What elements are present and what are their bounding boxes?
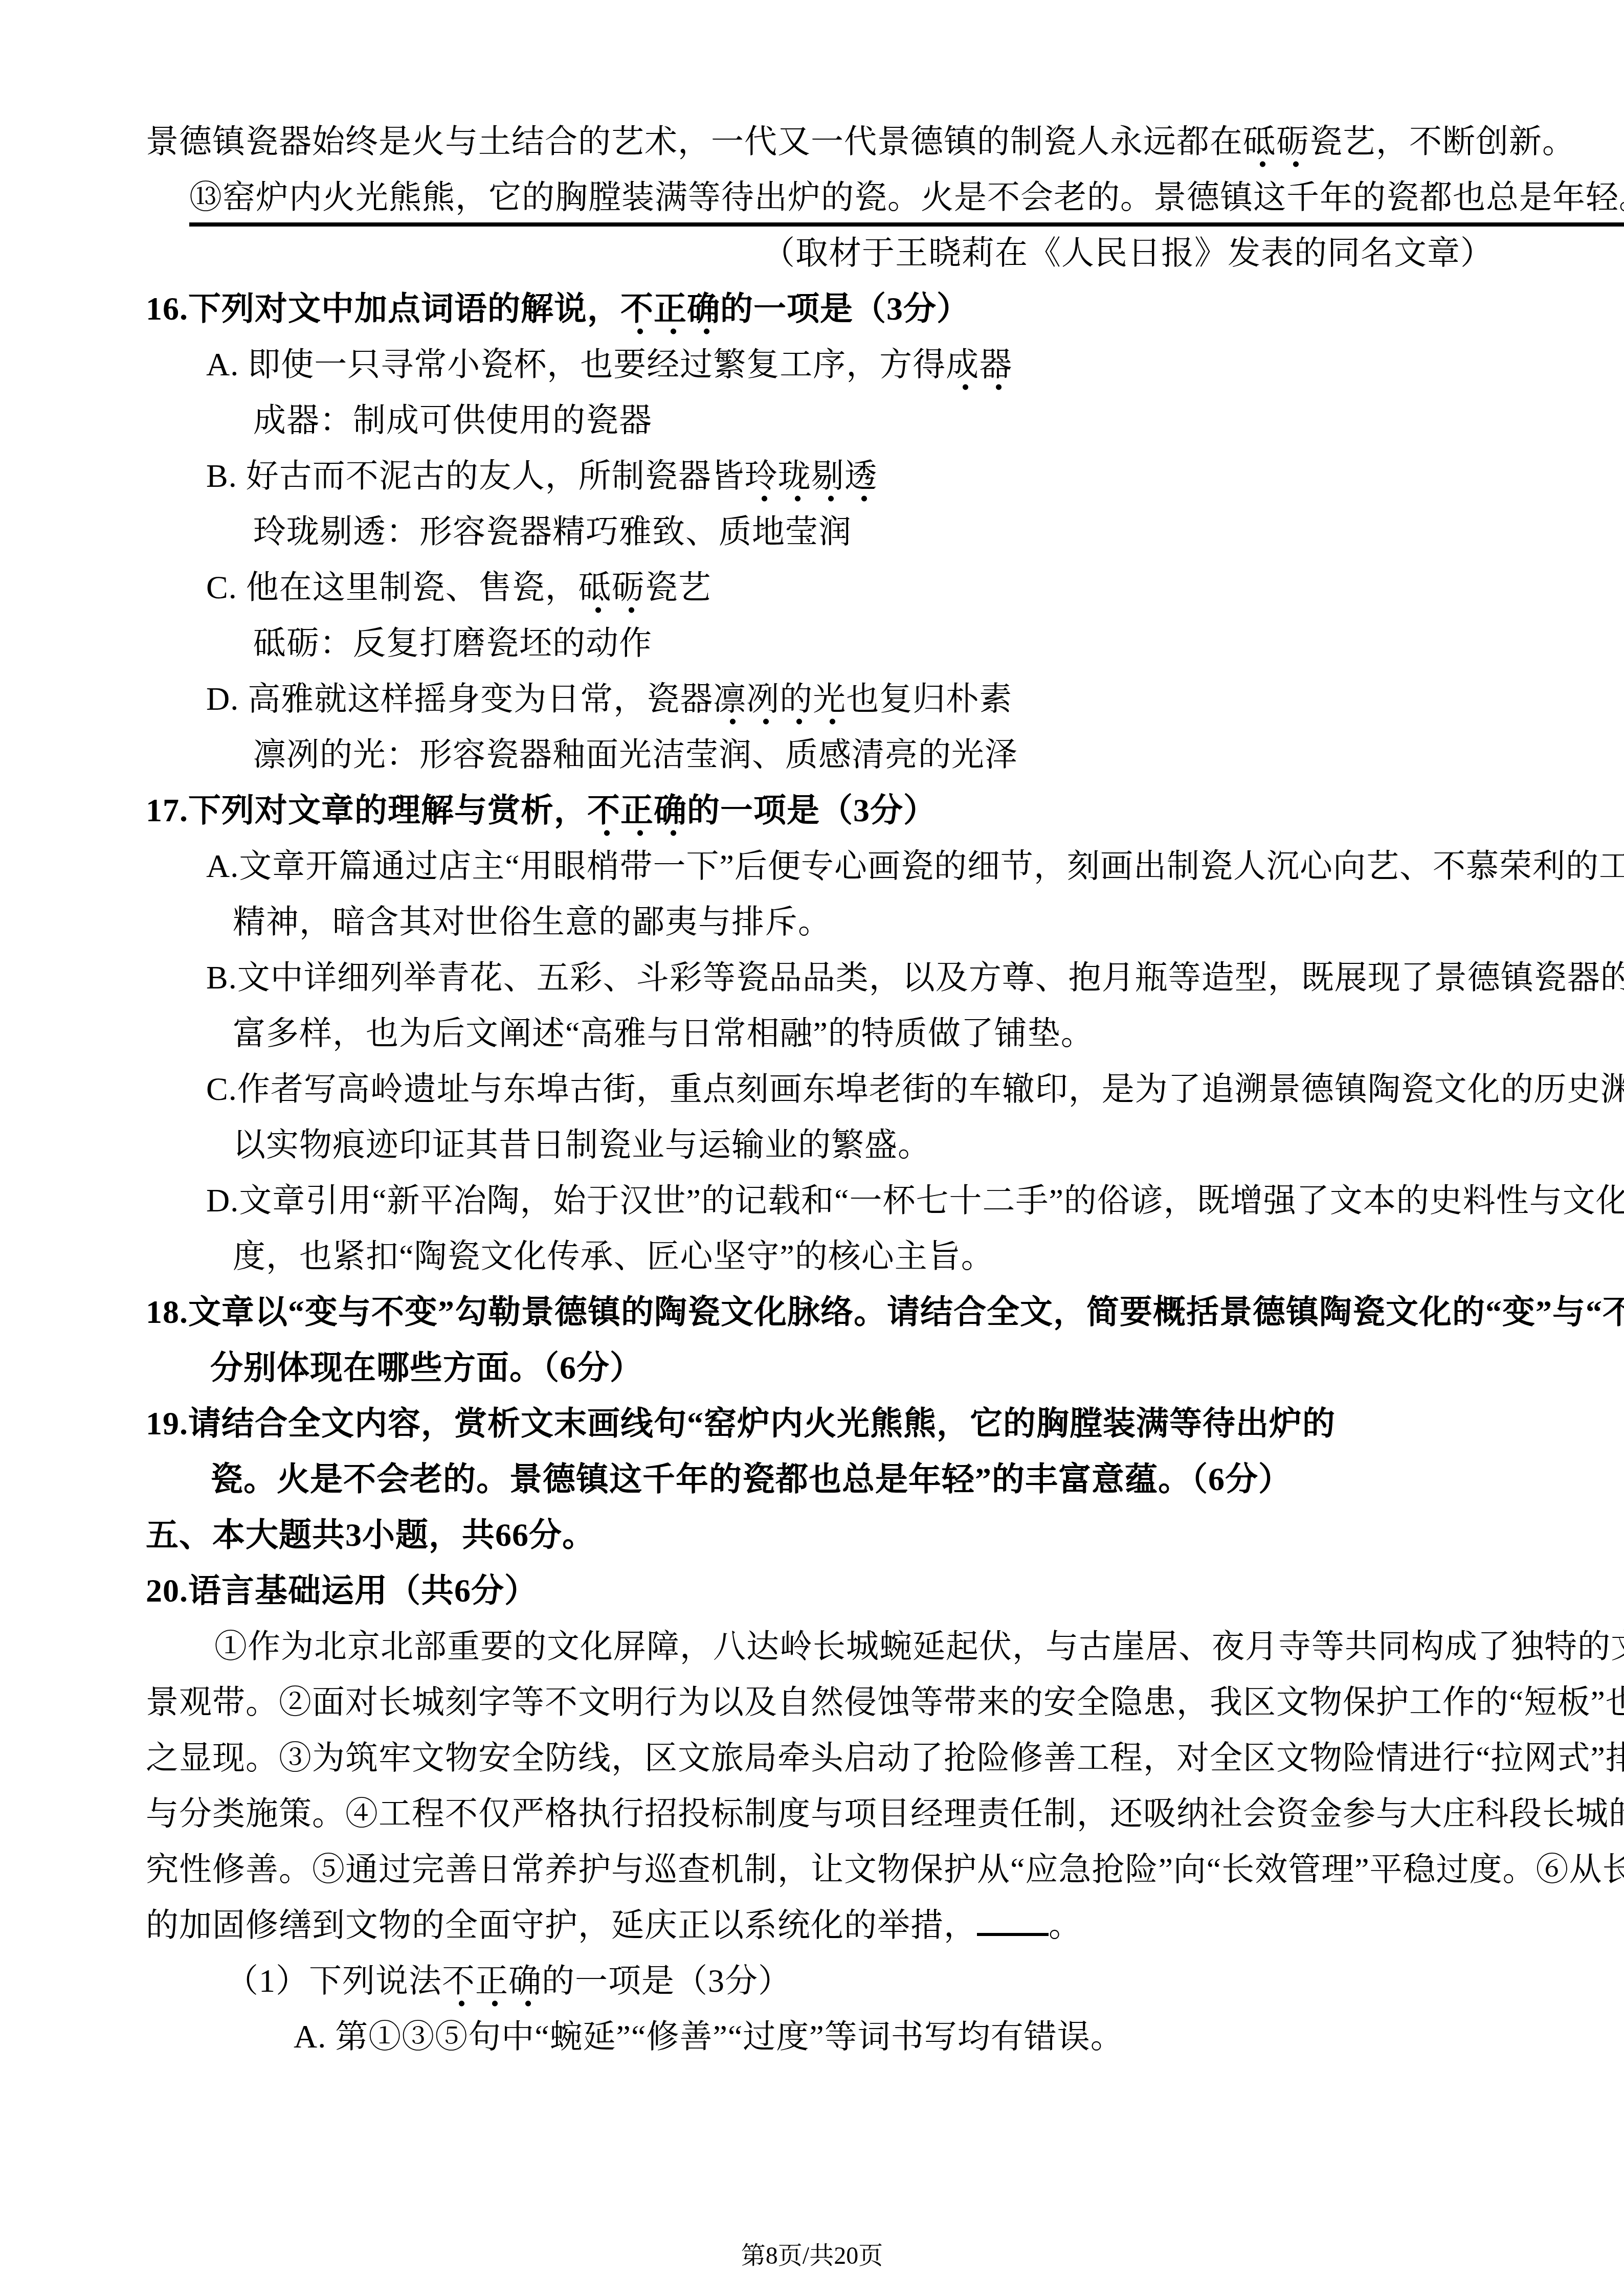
question-17-header: 17.下列对文章的理解与赏析，不正确的一项是（3分） — [146, 782, 1494, 838]
question-20-paragraph-line3: 之显现。③为筑牢文物安全防线，区文旅局牵头启动了抢险修善工程，对全区文物险情进行… — [146, 1730, 1494, 1786]
question-16-option-a-explanation: 成器：制成可供使用的瓷器 — [146, 392, 1494, 448]
question-16-option-a: A. 即使一只寻常小瓷杯，也要经过繁复工序，方得成器 — [146, 336, 1494, 392]
question-18-line2: 分别体现在哪些方面。（6分） — [146, 1340, 1494, 1395]
question-17-option-d-line2: 度，也紧扣“陶瓷文化传承、匠心坚守”的核心主旨。 — [146, 1228, 1494, 1284]
question-20-sub1-header: （1）下列说法不正确的一项是（3分） — [146, 1953, 1494, 2009]
emphasized-term: 不正确 — [442, 1963, 542, 2007]
question-17-option-b-line2: 富多样，也为后文阐述“高雅与日常相融”的特质做了铺垫。 — [146, 1005, 1494, 1061]
question-20-sub1-option-a: A. 第①③⑤句中“蜿延”“修善”“过度”等词书写均有错误。 — [146, 2009, 1494, 2064]
question-17-option-a-line2: 精神，暗含其对世俗生意的鄙夷与排斥。 — [146, 894, 1494, 950]
attribution-line: （取材于王晓莉在《人民日报》发表的同名文章） — [146, 225, 1494, 281]
question-16-option-c: C. 他在这里制瓷、售瓷，砥砺瓷艺 — [146, 559, 1494, 615]
passage-closing-pre: 景德镇瓷器始终是火与土结合的艺术，一代又一代景德镇的制瓷人永远都在 — [146, 123, 1243, 160]
question-20-paragraph-line1: ①作为北京北部重要的文化屏障，八达岭长城蜿延起伏，与古崖居、夜月寺等共同构成了独… — [146, 1618, 1494, 1674]
question-20-header: 20.语言基础运用（共6分） — [146, 1563, 1494, 1618]
page-footer: 第8页/共20页 — [0, 2241, 1624, 2271]
question-18-line1: 18.文章以“变与不变”勾勒景德镇的陶瓷文化脉络。请结合全文，简要概括景德镇陶瓷… — [146, 1284, 1494, 1340]
question-17-option-a-line1: A.文章开篇通过店主“用眼梢带一下”后便专心画瓷的细节，刻画出制瓷人沉心向艺、不… — [146, 838, 1494, 894]
section-5-header: 五、本大题共3小题，共66分。 — [146, 1507, 1494, 1563]
question-16-header: 16.下列对文中加点词语的解说，不正确的一项是（3分） — [146, 281, 1494, 336]
passage-closing-line: 景德镇瓷器始终是火与土结合的艺术，一代又一代景德镇的制瓷人永远都在砥砺瓷艺，不断… — [146, 114, 1494, 169]
question-16-option-b-explanation: 玲珑剔透：形容瓷器精巧雅致、质地莹润 — [146, 504, 1494, 559]
question-20-paragraph-line5: 究性修善。⑤通过完善日常养护与巡查机制，让文物保护从“应急抢险”向“长效管理”平… — [146, 1841, 1494, 1897]
underlined-sentence-line: ⑬窑炉内火光熊熊，它的胸膛装满等待出炉的瓷。火是不会老的。景德镇这千年的瓷都也总… — [146, 169, 1494, 225]
emphasized-term: 砥砺 — [1243, 123, 1309, 168]
emphasized-term: 玲珑剔透 — [745, 458, 878, 502]
question-16-option-d: D. 高雅就这样摇身变为日常，瓷器凛冽的光也复归朴素 — [146, 671, 1494, 727]
question-16-option-d-explanation: 凛冽的光：形容瓷器釉面光洁莹润、质感清亮的光泽 — [146, 727, 1494, 782]
question-20-paragraph-line2: 景观带。②面对长城刻字等不文明行为以及自然侵蚀等带来的安全隐患，我区文物保护工作… — [146, 1674, 1494, 1730]
emphasized-term: 砥砺 — [579, 569, 645, 614]
question-16-option-c-explanation: 砥砺：反复打磨瓷坯的动作 — [146, 615, 1494, 671]
question-20-paragraph-line4: 与分类施策。④工程不仅严格执行招投标制度与项目经理责任制，还吸纳社会资金参与大庄… — [146, 1786, 1494, 1841]
question-17-option-c-line1: C.作者写高岭遗址与东埠古街，重点刻画东埠老街的车辙印，是为了追溯景德镇陶瓷文化… — [146, 1061, 1494, 1117]
emphasized-term: 不正确 — [620, 290, 720, 335]
attribution-text: （取材于王晓莉在《人民日报》发表的同名文章） — [762, 235, 1494, 271]
question-17-option-b-line1: B.文中详细列举青花、五彩、斗彩等瓷品品类，以及方尊、抱月瓶等造型，既展现了景德… — [146, 950, 1494, 1005]
emphasized-term: 不正确 — [587, 792, 687, 837]
underlined-sentence: ⑬窑炉内火光熊熊，它的胸膛装满等待出炉的瓷。火是不会老的。景德镇这千年的瓷都也总… — [189, 179, 1624, 227]
exam-page-content: 景德镇瓷器始终是火与土结合的艺术，一代又一代景德镇的制瓷人永远都在砥砺瓷艺，不断… — [146, 114, 1494, 2064]
emphasized-term: 凛冽的光 — [713, 681, 846, 725]
question-16-option-b: B. 好古而不泥古的友人，所制瓷器皆玲珑剔透 — [146, 448, 1494, 504]
question-19-line2: 瓷。火是不会老的。景德镇这千年的瓷都也总是年轻”的丰富意蕴。（6分） — [146, 1451, 1494, 1507]
question-20-paragraph-line6: 的加固修缮到文物的全面守护，延庆正以系统化的举措，。 — [146, 1897, 1494, 1953]
question-17-option-c-line2: 以实物痕迹印证其昔日制瓷业与运输业的繁盛。 — [146, 1117, 1494, 1173]
question-19-line1: 19.请结合全文内容，赏析文末画线句“窑炉内火光熊熊，它的胸膛装满等待出炉的 — [146, 1395, 1494, 1451]
fill-in-blank — [977, 1900, 1049, 1936]
passage-closing-post: 瓷艺，不断创新。 — [1309, 123, 1575, 160]
question-17-option-d-line1: D.文章引用“新平冶陶，始于汉世”的记载和“一杯七十二手”的俗谚，既增强了文本的… — [146, 1173, 1494, 1228]
emphasized-term: 成器 — [946, 346, 1012, 391]
